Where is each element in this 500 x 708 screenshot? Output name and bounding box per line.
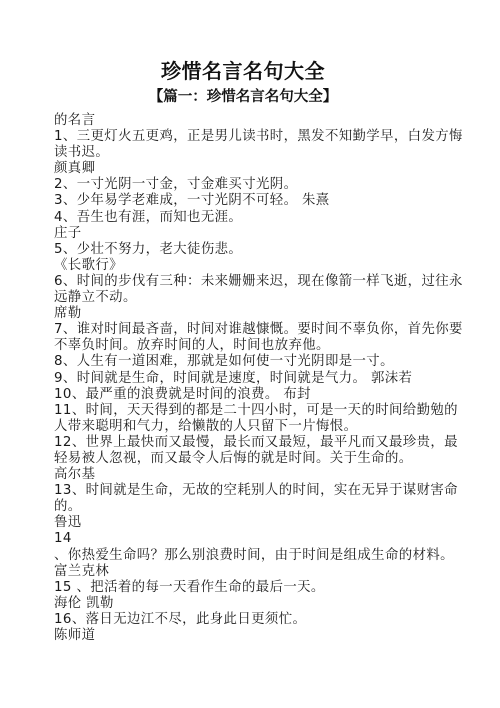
text-line: 7、谁对时间最吝啬，时间对谁越慷慨。要时间不辜负你，首先你要 [54, 322, 484, 338]
text-line: 10、最严重的浪费就是时间的浪费。 布封 [54, 387, 484, 403]
text-line: 4、吾生也有涯，而知也无涯。 [54, 210, 484, 226]
text-line: 15 、把活着的每一天看作生命的最后一天。 [54, 580, 484, 596]
text-line: 陈师道 [54, 628, 484, 644]
text-line: 读书迟。 [54, 145, 484, 161]
document-page: 珍惜名言名句大全 【篇一：珍惜名言名句大全】 的名言 1、三更灯火五更鸡，正是男… [0, 0, 500, 708]
text-line: 16、落日无边江不尽，此身此日更须忙。 [54, 612, 484, 628]
text-line: 3、少年易学老难成，一寸光阴不可轻。 朱熹 [54, 193, 484, 209]
text-line: 远静立不动。 [54, 290, 484, 306]
document-subtitle: 【篇一：珍惜名言名句大全】 [0, 87, 486, 107]
text-line: 8、人生有一道困难，那就是如何使一寸光阴即是一寸。 [54, 354, 484, 370]
text-line: 6、时间的步伐有三种：未来姗姗来迟，现在像箭一样飞逝，过往永 [54, 274, 484, 290]
text-line: 轻易被人忽视，而又最令人后悔的就是时间。关于生命的。 [54, 451, 484, 467]
text-line: 11、时间，天天得到的都是二十四小时，可是一天的时间给勤勉的 [54, 403, 484, 419]
text-line: 2、一寸光阴一寸金，寸金难买寸光阴。 [54, 177, 484, 193]
text-line: 、你热爱生命吗？那么别浪费时间，由于时间是组成生命的材料。 [54, 548, 484, 564]
text-line: 5、少壮不努力，老大徒伤悲。 [54, 242, 484, 258]
document-title: 珍惜名言名句大全 [0, 58, 486, 84]
text-line: 高尔基 [54, 467, 484, 483]
text-line: 13、时间就是生命，无故的空耗别人的时间，实在无异于谋财害命 [54, 483, 484, 499]
text-line: 的。 [54, 499, 484, 515]
text-line: 1、三更灯火五更鸡，正是男儿读书时，黑发不知勤学早，白发方悔 [54, 129, 484, 145]
text-line: 的名言 [54, 113, 484, 129]
text-line: 不辜负时间。放弃时间的人，时间也放弃他。 [54, 338, 484, 354]
text-line: 海伦 凯勒 [54, 596, 484, 612]
text-line: 富兰克林 [54, 564, 484, 580]
text-line: 《长歌行》 [54, 258, 484, 274]
text-line: 人带来聪明和气力，给懒散的人只留下一片悔恨。 [54, 419, 484, 435]
text-line: 庄子 [54, 226, 484, 242]
text-line: 席勒 [54, 306, 484, 322]
text-line: 9、时间就是生命，时间就是速度，时间就是气力。 郭沫若 [54, 371, 484, 387]
text-line: 颜真卿 [54, 161, 484, 177]
text-line: 14 [54, 531, 484, 547]
text-line: 12、世界上最快而又最慢，最长而又最短，最平凡而又最珍贵，最 [54, 435, 484, 451]
document-body: 的名言 1、三更灯火五更鸡，正是男儿读书时，黑发不知勤学早，白发方悔 读书迟。 … [54, 113, 484, 644]
text-line: 鲁迅 [54, 515, 484, 531]
